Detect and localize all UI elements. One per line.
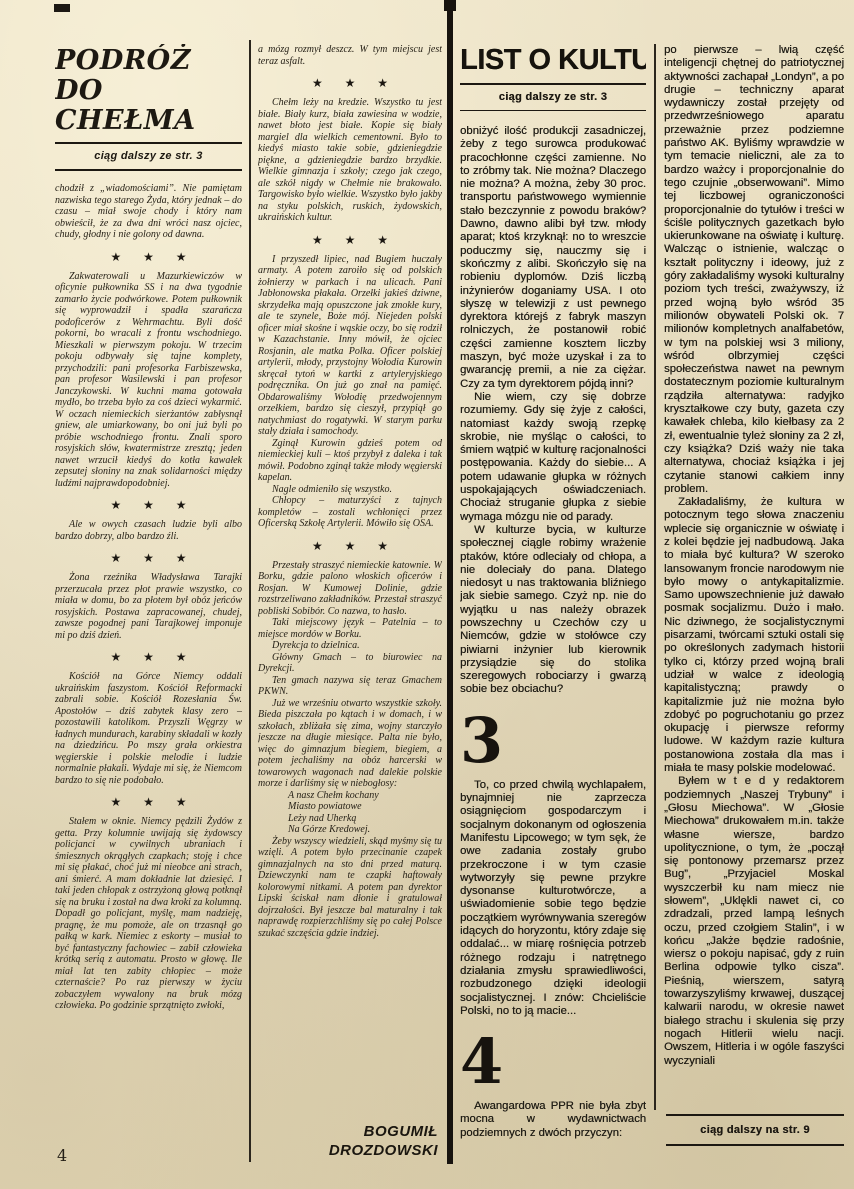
magazine-page: PODRÓŻDO CHEŁMA ciąg dalszy ze str. 3 ch… bbox=[0, 0, 854, 1189]
print-registration-mark bbox=[54, 4, 70, 12]
article2-title: LIST O KULTURZE bbox=[460, 44, 646, 77]
paragraph: a mózg rozmył deszcz. W tym miejscu jest… bbox=[258, 44, 442, 67]
paragraph: Główny Gmach – to biurowiec na Dyrekcji. bbox=[258, 652, 442, 675]
paragraph: obniżyć ilość produkcji zasadniczej, żeb… bbox=[460, 125, 646, 391]
column-divider-3 bbox=[654, 44, 656, 1110]
poem-verse: A nasz Chełm kochanyMiasto powiatoweLeży… bbox=[288, 790, 442, 836]
paragraph: Kościół na Górce Niemcy oddali ukraiński… bbox=[55, 671, 242, 786]
section-separator-stars: ★ ★ ★ bbox=[55, 650, 242, 664]
continued-rule-bottom bbox=[666, 1144, 844, 1147]
column-divider-1 bbox=[249, 40, 251, 1162]
author-last-name: DROZDOWSKI bbox=[329, 1141, 438, 1160]
article2-column4-text: po pierwsze – lwią część inteligencji ch… bbox=[664, 44, 844, 1068]
paragraph: Awangardowa PPR nie była zbyt mocna w wy… bbox=[460, 1100, 646, 1140]
poem-verse-line: A nasz Chełm kochany bbox=[288, 790, 442, 802]
paragraph: Chłopcy – maturzyści z tajnych kompletów… bbox=[258, 495, 442, 530]
paragraph: Zakwaterowali u Mazurkiewiczów w oficyni… bbox=[55, 271, 242, 490]
paragraph: W kulturze bycia, w kulturze społecznej … bbox=[460, 524, 646, 697]
heading-rule bbox=[55, 169, 242, 171]
article1-column2-text: a mózg rozmył deszcz. W tym miejscu jest… bbox=[258, 44, 442, 939]
article1-continuation-note: ciąg dalszy ze str. 3 bbox=[55, 150, 242, 163]
poem-verse-line: Na Górze Kredowej. bbox=[288, 824, 442, 836]
paragraph: Byłem w t e d y redaktorem podziemnych „… bbox=[664, 775, 844, 1068]
paragraph: Zakładaliśmy, że kultura w potocznym teg… bbox=[664, 496, 844, 775]
section-separator-stars: ★ ★ ★ bbox=[258, 539, 442, 553]
article1-column1-text: chodził z „wiadomościami”. Nie pamiętam … bbox=[55, 183, 242, 1012]
paragraph: Żeby wszyscy wiedzieli, skąd myśmy się t… bbox=[258, 836, 442, 940]
column-4: po pierwsze – lwią część inteligencji ch… bbox=[664, 44, 844, 1166]
paragraph: Dyrekcja to dzielnica. bbox=[258, 640, 442, 652]
paragraph: chodził z „wiadomościami”. Nie pamiętam … bbox=[55, 183, 242, 241]
column-3: LIST O KULTURZE ciąg dalszy ze str. 3 ob… bbox=[460, 44, 646, 1166]
paragraph: Żona rzeźnika Władysława Tarajki przerzu… bbox=[55, 572, 242, 641]
section-separator-stars: ★ ★ ★ bbox=[55, 498, 242, 512]
heading-rule bbox=[460, 83, 646, 85]
heading-rule bbox=[460, 110, 646, 112]
article1-title-line1: PODRÓŻ bbox=[55, 45, 191, 76]
paragraph: Przestały straszyć niemieckie katownie. … bbox=[258, 560, 442, 618]
paragraph: po pierwsze – lwią część inteligencji ch… bbox=[664, 44, 844, 496]
article2-continuation-note: ciąg dalszy ze str. 3 bbox=[460, 91, 646, 104]
paragraph: Taki miejscowy język – Patelnia – to mie… bbox=[258, 617, 442, 640]
poem-verse-line: Leży nad Uherką bbox=[288, 813, 442, 825]
paragraph: Nagle odmieniło się wszystko. bbox=[258, 484, 442, 496]
paragraph: To, co przed chwilą wychlapałem, bynajmn… bbox=[460, 779, 646, 1018]
paragraph: Zginął Kurowin gdzieś potem od niemiecki… bbox=[258, 438, 442, 484]
column-2: a mózg rozmył deszcz. W tym miejscu jest… bbox=[258, 44, 442, 1166]
paragraph: Chełm leży na kredzie. Wszystko tu jest … bbox=[258, 97, 442, 224]
article-divider-bar bbox=[447, 0, 453, 1164]
page-number: 4 bbox=[57, 1146, 67, 1165]
continued-rule-top bbox=[666, 1114, 844, 1116]
section-separator-stars: ★ ★ ★ bbox=[258, 233, 442, 247]
section-separator-stars: ★ ★ ★ bbox=[55, 551, 242, 565]
article2-column3-text: obniżyć ilość produkcji zasadniczej, żeb… bbox=[460, 125, 646, 1140]
section-number: 3 bbox=[460, 709, 646, 773]
paragraph: Stałem w oknie. Niemcy pędzili Żydów z g… bbox=[55, 816, 242, 1012]
poem-verse-line: Miasto powiatowe bbox=[288, 801, 442, 813]
section-separator-stars: ★ ★ ★ bbox=[55, 795, 242, 809]
author-first-name: BOGUMIŁ bbox=[329, 1122, 438, 1141]
paragraph: Nie wiem, czy się dobrze rozumiemy. Gdy … bbox=[460, 391, 646, 524]
section-separator-stars: ★ ★ ★ bbox=[55, 250, 242, 264]
section-number: 4 bbox=[460, 1030, 646, 1094]
article2-header: LIST O KULTURZE ciąg dalszy ze str. 3 bbox=[460, 44, 646, 125]
paragraph: I przyszedł lipiec, nad Bugiem huczały a… bbox=[258, 254, 442, 438]
paragraph: Ale w owych czasach ludzie byli albo bar… bbox=[55, 519, 242, 542]
continued-on-note: ciąg dalszy na str. 9 bbox=[666, 1124, 844, 1136]
column-1: PODRÓŻDO CHEŁMA ciąg dalszy ze str. 3 ch… bbox=[55, 44, 242, 1136]
heading-rule bbox=[55, 142, 242, 144]
article1-header: PODRÓŻDO CHEŁMA ciąg dalszy ze str. 3 bbox=[55, 46, 242, 183]
paragraph: Ten gmach nazywa się teraz Gmachem PKWN. bbox=[258, 675, 442, 698]
continued-on-box: ciąg dalszy na str. 9 bbox=[666, 1114, 844, 1147]
article1-title: PODRÓŻDO CHEŁMA bbox=[55, 46, 242, 136]
paragraph: Już we wrześniu otwarto wszystkie szkoły… bbox=[258, 698, 442, 790]
section-separator-stars: ★ ★ ★ bbox=[258, 76, 442, 90]
article1-title-line2: DO CHEŁMA bbox=[55, 75, 196, 136]
author-signature: BOGUMIŁ DROZDOWSKI bbox=[329, 1122, 438, 1160]
